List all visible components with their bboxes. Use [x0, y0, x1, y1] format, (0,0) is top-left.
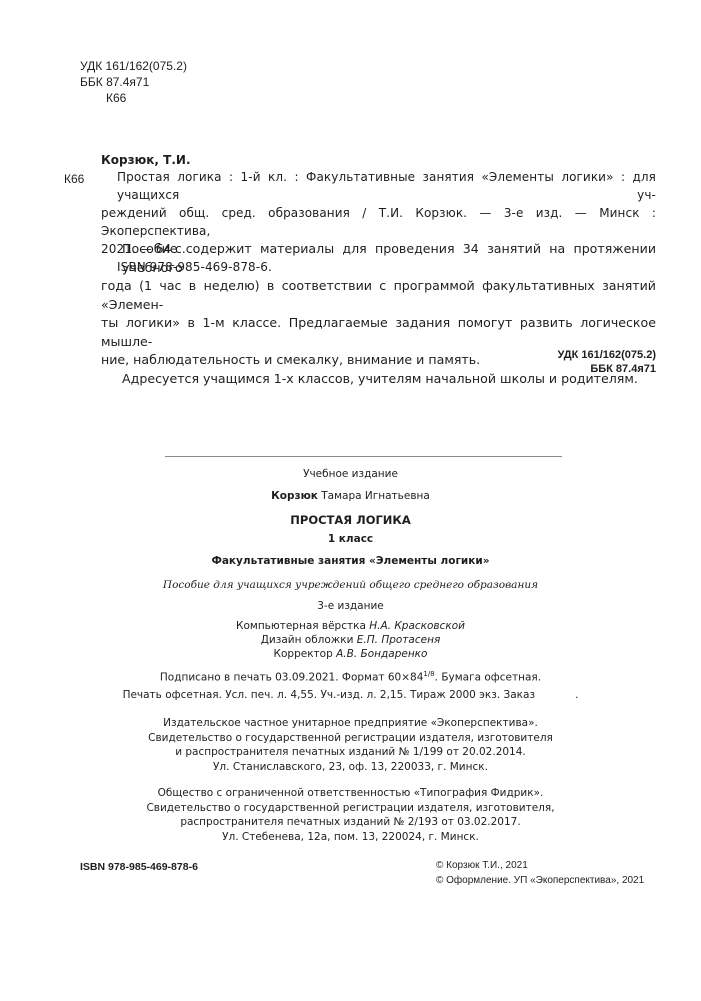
credit-layout: Компьютерная вёрстка Н.А. Красковской: [0, 619, 701, 633]
credit-name: Е.П. Протасеня: [357, 634, 441, 646]
credit-name: А.В. Бондаренко: [336, 648, 427, 660]
book-title: ПРОСТАЯ ЛОГИКА: [0, 513, 701, 527]
udk-code: УДК 161/162(075.2): [80, 58, 187, 74]
author-mark-left: К66: [64, 172, 84, 186]
printer-line: распространителя печатных изданий № 2/19…: [0, 815, 701, 830]
copyright-block: © Корзюк Т.И., 2021 © Оформление. УП «Эк…: [436, 858, 644, 888]
print-line-2: Печать офсетная. Усл. печ. л. 4,55. Уч.-…: [0, 687, 701, 704]
printer-line: Свидетельство о государственной регистра…: [0, 801, 701, 816]
annotation-line: года (1 час в неделю) в соответствии с п…: [101, 277, 656, 314]
bbk-code: ББК 87.4я71: [80, 74, 187, 90]
annotation-line: Пособие содержит материалы для проведени…: [101, 240, 656, 277]
annotation-line: ты логики» в 1-м классе. Предлагаемые за…: [101, 314, 656, 351]
grade: 1 класс: [0, 533, 701, 545]
publisher-info: Издательское частное унитарное предприят…: [0, 716, 701, 774]
printer-line: Общество с ограниченной ответственностью…: [0, 786, 701, 801]
publisher-line: Издательское частное унитарное предприят…: [0, 716, 701, 731]
author-heading: Корзюк, Т.И.: [101, 153, 191, 167]
classification-top: УДК 161/162(075.2) ББК 87.4я71 К66: [80, 58, 187, 106]
copyright-author: © Корзюк Т.И., 2021: [436, 858, 644, 873]
edition-number: 3-е издание: [0, 600, 701, 612]
credit-proofreader: Корректор А.В. Бондаренко: [0, 647, 701, 661]
format-fraction: 1/8: [423, 670, 434, 678]
publisher-line: и распространителя печатных изданий № 1/…: [0, 745, 701, 760]
credits: Компьютерная вёрстка Н.А. Красковской Ди…: [0, 619, 701, 661]
publisher-line: Ул. Станиславского, 23, оф. 13, 220033, …: [0, 760, 701, 775]
print-details: Подписано в печать 03.09.2021. Формат 60…: [0, 666, 701, 704]
audience: Пособие для учащихся учреждений общего с…: [0, 579, 701, 591]
biblio-line-2: реждений общ. сред. образования / Т.И. К…: [101, 204, 656, 240]
separator-rule: [165, 456, 562, 457]
edition-type: Учебное издание: [0, 468, 701, 480]
author-surname: Корзюк: [271, 490, 318, 502]
publisher-line: Свидетельство о государственной регистра…: [0, 731, 701, 746]
credit-role: Корректор: [274, 648, 333, 660]
printer-line: Ул. Стебенева, 12а, пом. 13, 220024, г. …: [0, 830, 701, 845]
bbk-code-right: ББК 87.4я71: [557, 362, 656, 376]
credit-cover: Дизайн обложки Е.П. Протасеня: [0, 633, 701, 647]
copyright-design: © Оформление. УП «Экоперспектива», 2021: [436, 873, 644, 888]
biblio-line-1: Простая логика : 1-й кл. : Факультативны…: [101, 168, 656, 204]
footer-isbn: ISBN 978-985-469-878-6: [80, 861, 198, 873]
credit-name: Н.А. Красковской: [369, 620, 465, 632]
credit-role: Компьютерная вёрстка: [236, 620, 366, 632]
author-mark: К66: [80, 90, 187, 106]
printer-info: Общество с ограниченной ответственностью…: [0, 786, 701, 844]
subtitle: Факультативные занятия «Элементы логики»: [0, 555, 701, 567]
author-given-name: Тамара Игнатьевна: [321, 490, 430, 502]
classification-right: УДК 161/162(075.2) ББК 87.4я71: [557, 348, 656, 376]
print-line-1: Подписано в печать 03.09.2021. Формат 60…: [0, 666, 701, 687]
udk-code-right: УДК 161/162(075.2): [557, 348, 656, 362]
credit-role: Дизайн обложки: [261, 634, 354, 646]
author-full-name: Корзюк Тамара Игнатьевна: [0, 490, 701, 502]
